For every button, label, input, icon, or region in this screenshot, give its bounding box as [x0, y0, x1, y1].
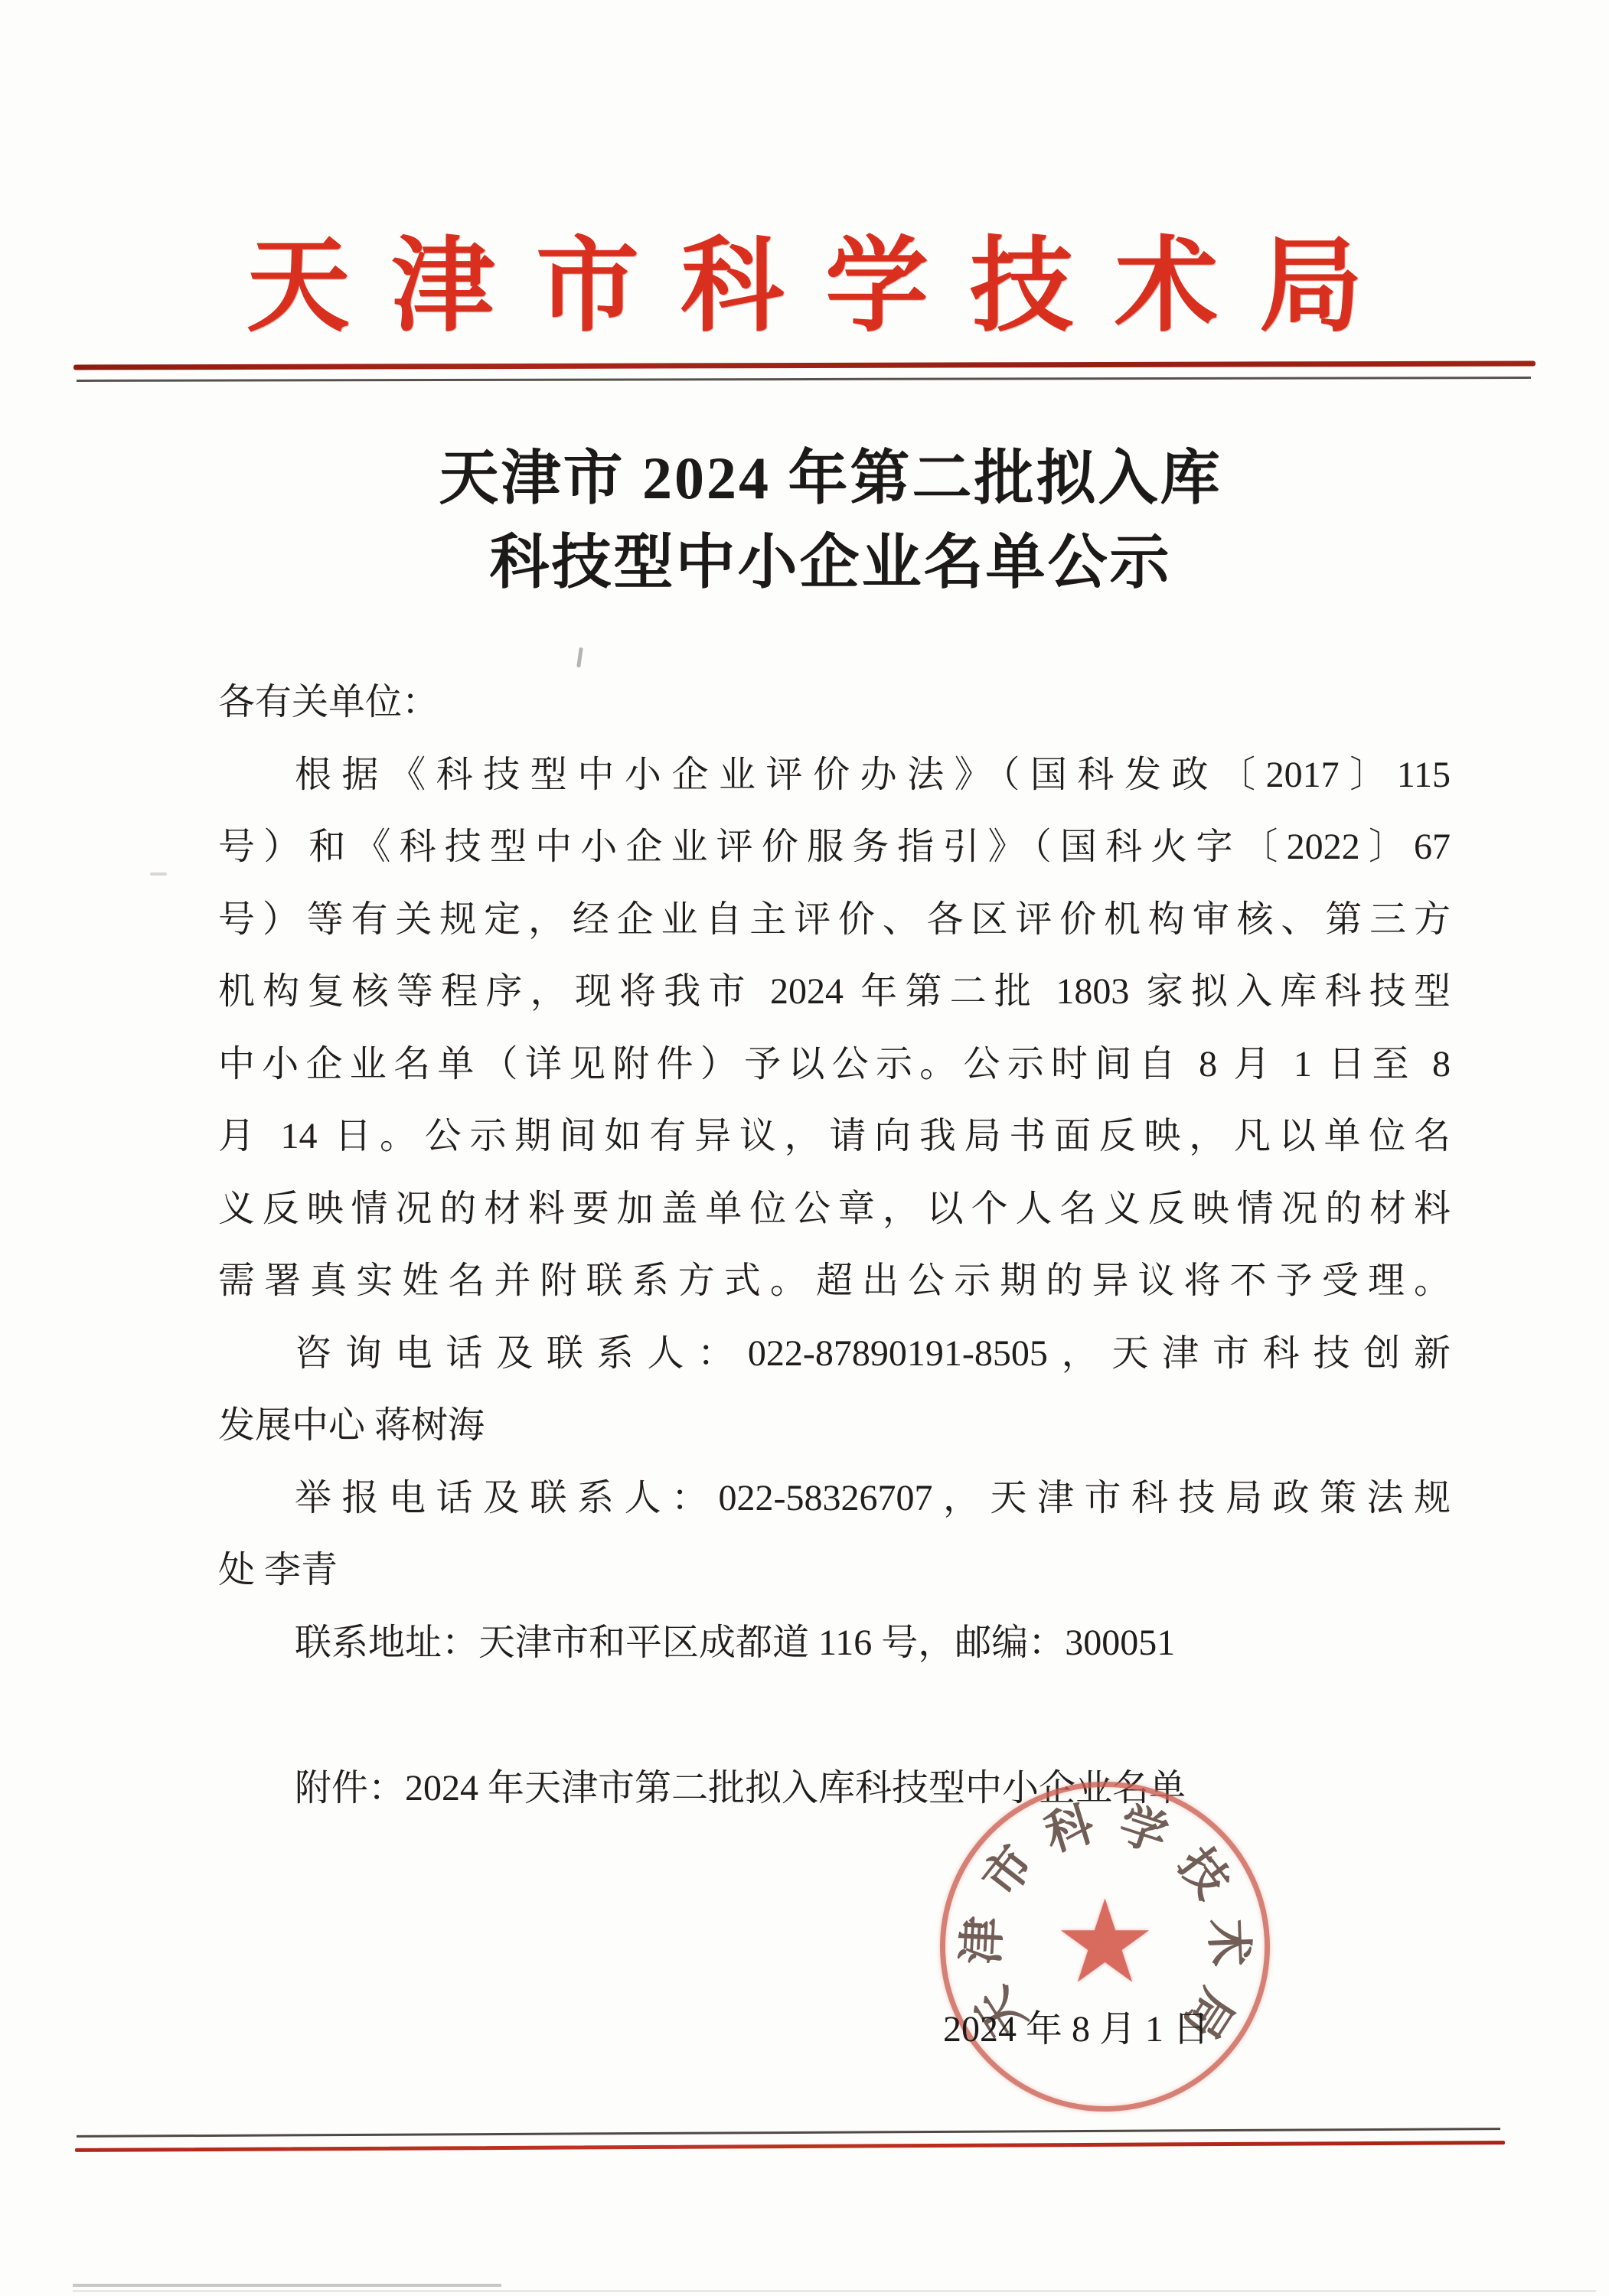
document-title-line2: 科技型中小企业名单公示: [26, 520, 1609, 605]
official-seal: 天 津 市 科 学 技 术 局 ★: [940, 1782, 1270, 2112]
body-line-address: 联系地址：天津市和平区成都道 116 号，邮编：300051: [218, 1607, 1451, 1680]
seal-char: 技: [1170, 1840, 1236, 1906]
document-title-line1: 天津市 2024 年第二批拟入库: [26, 436, 1609, 520]
scan-artifact: [150, 872, 167, 876]
body-line: 月 14 日。公示期间如有异议，请向我局书面反映，凡以单位名: [218, 1101, 1451, 1173]
body-line: 中小企业名单（详见附件）予以公示。公示时间自 8 月 1 日至 8: [218, 1029, 1451, 1101]
footer-rule-red: [75, 2141, 1505, 2152]
body-line-consult-contact: 发展中心 蒋树海: [218, 1390, 1451, 1463]
letterhead-rule-red: [73, 360, 1536, 370]
seal-char: 津: [958, 1916, 1007, 1965]
footer-rule-dark: [77, 2128, 1500, 2138]
star-icon: ★: [1053, 1885, 1156, 2000]
seal-ring: [932, 1773, 1278, 2120]
body-line-salutation: 各有关单位：: [218, 667, 1451, 739]
body-line-report-phone: 举报电话及联系人：022-58326707，天津市科技局政策法规: [218, 1463, 1451, 1535]
document-date: 2024 年 8 月 1 日: [943, 2007, 1209, 2053]
body-line: 机构复核等程序，现将我市 2024 年第二批 1803 家拟入库科技型: [218, 956, 1451, 1029]
scan-artifact: [73, 2284, 501, 2287]
body-line-consult-phone: 咨询电话及联系人：022-87890191-8505，天津市科技创新: [218, 1318, 1451, 1391]
letterhead-rule-dark: [77, 377, 1531, 382]
document-body: 各有关单位： 根据《科技型中小企业评价办法》（国科发政〔2017〕115 号）和…: [218, 667, 1451, 1825]
agency-letterhead: 天津市科学技术局: [0, 227, 1609, 349]
body-line: 义反映情况的材料要加盖单位公章，以个人名义反映情况的材料: [218, 1173, 1451, 1246]
scanned-document-page: 天津市科学技术局 天津市 2024 年第二批拟入库 科技型中小企业名单公示 各有…: [0, 0, 1609, 2296]
body-line: 号）等有关规定，经企业自主评价、各区评价机构审核、第三方: [218, 884, 1451, 957]
scan-artifact: [73, 2290, 1596, 2292]
scan-artifact: [576, 647, 583, 667]
body-line: 需署真实姓名并附联系方式。超出公示期的异议将不予受理。: [218, 1245, 1451, 1318]
body-line-report-contact: 处 李青: [218, 1534, 1451, 1607]
body-line: 号）和《科技型中小企业评价服务指引》（国科火字〔2022〕67: [218, 811, 1451, 884]
body-line: 根据《科技型中小企业评价办法》（国科发政〔2017〕115: [218, 739, 1451, 812]
body-line-attachment: 附件：2024 年天津市第二批拟入库科技型中小企业名单: [218, 1753, 1451, 1825]
seal-char: 市: [975, 1838, 1042, 1904]
document-title: 天津市 2024 年第二批拟入库 科技型中小企业名单公示: [26, 436, 1609, 605]
seal-char: 术: [1203, 1918, 1252, 1967]
